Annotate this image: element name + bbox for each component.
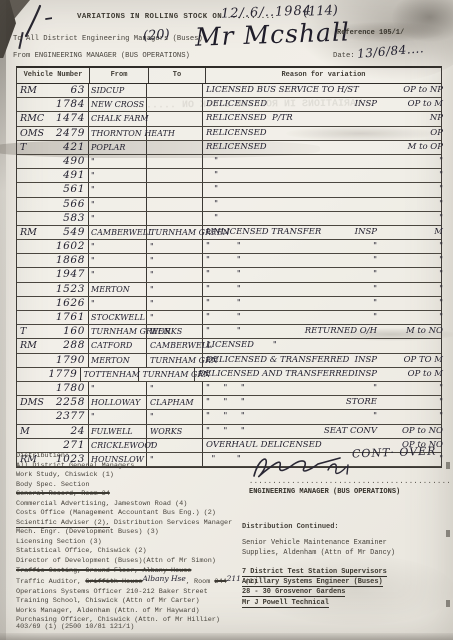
distribution-item-text: Distribution Services Manager xyxy=(110,519,232,527)
reason-note: STORE xyxy=(346,396,377,409)
status-change: " xyxy=(391,382,443,395)
to-cell: TURNHAM GRN xyxy=(139,368,195,381)
vehicle-number-cell: 1780 xyxy=(17,382,89,395)
edge-mark xyxy=(446,600,450,607)
distribution-item-text: Scientific Adviser (2), xyxy=(16,519,110,528)
distribution-item-text: Work Study, Chiswick (1) xyxy=(16,471,114,479)
table-row: 1868""" """ xyxy=(17,254,441,268)
distribution-item: Work Study, Chiswick (1) xyxy=(16,471,246,481)
edge-mark xyxy=(446,530,450,537)
from-cell: CRICKLEWOOD xyxy=(89,439,147,452)
from-cell: MERTON xyxy=(89,354,147,367)
distribution-item-text: Operations Systems Officer 210-212 Baker… xyxy=(16,588,208,596)
status-change: " xyxy=(391,283,443,296)
vehicle-number: 1784 xyxy=(56,98,85,111)
reason-cell: DELICENSEDINSPOP to M xyxy=(203,98,441,111)
distribution-item-text: Mech. Engr. (Development Buses) (3) xyxy=(16,528,159,536)
vehicle-number-cell: 583 xyxy=(17,212,89,225)
vehicle-number-cell: T160 xyxy=(17,325,89,338)
distribution-item: Senior Vehicle Maintenance Examiner xyxy=(242,538,395,548)
to-cell: WORKS xyxy=(147,425,203,438)
reason-cell: " "RETURNED O/HM to NO xyxy=(203,325,441,338)
status-change: M to OP xyxy=(391,141,443,154)
reason-text: UNLICENSED TRANSFER xyxy=(206,226,355,239)
from-cell: " xyxy=(89,410,147,423)
from-cell: " xyxy=(89,183,147,196)
vehicle-class: M xyxy=(20,425,30,438)
distribution-item: Statistical Office, Chiswick (2) xyxy=(16,547,246,557)
reference-number: Reference 105/1/ xyxy=(337,29,404,37)
table-row: 583" "" xyxy=(17,212,441,226)
reason-cell: UNLICENSED TRANSFERINSPM xyxy=(203,226,441,239)
reason-text: " " xyxy=(206,268,373,281)
to-cell xyxy=(147,127,203,140)
distribution-item-text: 244 xyxy=(214,578,226,586)
distribution-item: Supplies, Aldenham (Attn of Mr Dancy) xyxy=(242,548,395,558)
vehicle-number: 491 xyxy=(63,169,85,182)
distribution-item: Training School, Chiswick (Attn of Mr Ca… xyxy=(16,597,246,607)
to-cell: TURNHAM GREEN xyxy=(147,226,203,239)
reason-text: LICENSED BUS SERVICE TO H/ST xyxy=(206,84,377,97)
vehicle-class: RM xyxy=(20,339,37,352)
to-cell: TURNHAM GRN xyxy=(147,354,203,367)
distribution-item-underlined: Ancillary Systems Engineer (Buses) xyxy=(242,577,387,587)
distribution-item-text: Ancillary Systems Engineer (Buses) xyxy=(242,578,383,587)
reason-note: " xyxy=(373,268,377,281)
status-change: OP TO M xyxy=(391,354,443,367)
reason-text: RELICENSED xyxy=(206,127,377,140)
from-cell: TURNHAM GREEN xyxy=(89,325,147,338)
distribution-item: Distribution: xyxy=(16,452,246,462)
table-row: 561" "" xyxy=(17,183,441,197)
from-cell: " xyxy=(89,198,147,211)
reason-note: " xyxy=(373,283,377,296)
table-row: RM549CAMBERWELLTURNHAM GREENUNLICENSED T… xyxy=(17,226,441,240)
vehicle-number-cell: OMS2479 xyxy=(17,127,89,140)
reason-note: INSP xyxy=(355,226,377,239)
to-cell: WORKS xyxy=(147,325,203,338)
reason-text: " xyxy=(206,183,377,196)
distribution-item-text: Body Spec. Section xyxy=(16,481,89,489)
distribution-item-text: Works Manager, Aldenham (Attn. of Mr Hay… xyxy=(16,607,200,615)
table-header-row: Vehicle Number From To Reason for variat… xyxy=(17,68,441,84)
from-cell: HOLLOWAY xyxy=(89,396,147,409)
vehicle-class: OMS xyxy=(20,127,44,140)
vehicle-number-cell: 490 xyxy=(17,155,89,168)
vehicle-number-cell: 271 xyxy=(17,439,89,452)
to-cell xyxy=(147,84,203,97)
table-row: 1790MERTONTURNHAM GRNDELICENSED & TRANSF… xyxy=(17,354,441,368)
from-cell: " xyxy=(89,382,147,395)
table-row: T421POPLARRELICENSEDM to OP xyxy=(17,141,441,155)
reason-text: " xyxy=(206,212,377,225)
from-cell: TOTTENHAM xyxy=(81,368,139,381)
distribution-list-left: Distribution:All District General Manage… xyxy=(16,452,246,626)
reason-cell: RELICENSED P/TRNP xyxy=(203,112,441,125)
status-change: M to NO xyxy=(391,325,443,338)
table-row: 1761STOCKWELL"" """ xyxy=(17,311,441,325)
from-cell: CATFORD xyxy=(89,339,147,352)
reason-note: INSP xyxy=(355,98,377,111)
vehicle-number: 1868 xyxy=(56,254,85,267)
from-cell: CHALK FARM xyxy=(89,112,147,125)
distribution-item-underlined: Mr J Powell Technical xyxy=(242,598,387,608)
to-cell: " xyxy=(147,311,203,324)
distribution-item: Director of Development (Buses)(Attn of … xyxy=(16,557,246,567)
table-row: 490" "" xyxy=(17,155,441,169)
vehicle-class: RM xyxy=(20,84,37,97)
distribution-list-right: Senior Vehicle Maintenance Examiner Supp… xyxy=(242,538,395,558)
to-cell xyxy=(147,198,203,211)
table-row: 1523MERTON"" """ xyxy=(17,283,441,297)
reason-cell: " """ xyxy=(203,311,441,324)
from-cell: " xyxy=(89,254,147,267)
addressee-line: To All District Engineering Managers (Bu… xyxy=(13,35,203,43)
vehicle-number-cell: DMS2258 xyxy=(17,396,89,409)
status-change: OP to NO xyxy=(391,425,443,438)
table-row: 566" "" xyxy=(17,198,441,212)
from-cell: SIDCUP xyxy=(89,84,147,97)
to-cell xyxy=(147,98,203,111)
to-cell xyxy=(147,112,203,125)
reason-text: " " " xyxy=(206,396,346,409)
vehicle-number-cell: 2377 xyxy=(17,410,89,423)
status-change: NP xyxy=(391,112,443,125)
variations-table: Vehicle Number From To Reason for variat… xyxy=(16,66,442,468)
distribution-item-text: , Room xyxy=(186,578,215,586)
to-cell xyxy=(147,155,203,168)
status-change: " xyxy=(391,169,443,182)
status-change: OP to M xyxy=(391,368,443,381)
reason-cell: "" xyxy=(203,183,441,196)
vehicle-number-cell: RM549 xyxy=(17,226,89,239)
distribution-item-text: Licensing Section (3) xyxy=(16,538,102,546)
distribution-item-text: Griffith House xyxy=(85,578,142,586)
from-cell: CAMBERWELL xyxy=(89,226,147,239)
from-cell: FULWELL xyxy=(89,425,147,438)
table-row: 2377""" " """ xyxy=(17,410,441,424)
distribution-item: Works Manager, Aldenham (Attn. of Mr Hay… xyxy=(16,607,246,617)
table-row: M24FULWELLWORKS" " "SEAT CONVOP to NO xyxy=(17,425,441,439)
reason-text: " " xyxy=(206,297,373,310)
status-change: " xyxy=(391,254,443,267)
distribution-item: Licensing Section (3) xyxy=(16,538,246,548)
from-cell: " xyxy=(89,268,147,281)
distribution-item: General Record, Room 34 xyxy=(16,490,246,500)
date-label: Date: xyxy=(333,52,355,60)
distribution-item: All District General Managers xyxy=(16,462,246,472)
vehicle-number: 2258 xyxy=(56,396,85,409)
distribution-item-text: Training School, Chiswick (Attn of Mr Ca… xyxy=(16,597,200,605)
reason-cell: DELICENSED & TRANSFERREDINSPOP TO M xyxy=(203,354,441,367)
reason-cell: DELICENSED AND TRANSFERREDINSPOP to M xyxy=(195,368,441,381)
to-cell xyxy=(147,183,203,196)
to-cell xyxy=(147,212,203,225)
reason-cell: " """ xyxy=(203,240,441,253)
reason-cell: " """ xyxy=(203,268,441,281)
vehicle-number: 1947 xyxy=(56,268,85,281)
to-cell xyxy=(147,169,203,182)
reason-text: " " xyxy=(206,240,373,253)
distribution-continued-label: Distribution Continued: xyxy=(242,523,339,531)
reason-cell: " " "STORE" xyxy=(203,396,441,409)
from-cell: NEW CROSS xyxy=(89,98,147,111)
handwritten-annotation: 211 xyxy=(227,574,241,583)
vehicle-number-cell: 1626 xyxy=(17,297,89,310)
vehicle-class: RMC xyxy=(20,112,44,125)
vehicle-number-cell: 1868 xyxy=(17,254,89,267)
vehicle-number: 561 xyxy=(63,183,85,196)
distribution-item-underlined: 7 District Test Station Supervisors xyxy=(242,567,387,577)
vehicle-number-cell: 1523 xyxy=(17,283,89,296)
reason-text: " " xyxy=(206,254,373,267)
vehicle-number-cell: 1602 xyxy=(17,240,89,253)
to-cell: " xyxy=(147,382,203,395)
distribution-item-text: Mr J Powell Technical xyxy=(242,599,329,608)
vehicle-number: 583 xyxy=(63,212,85,225)
table-row: DMS2258HOLLOWAYCLAPHAM" " "STORE" xyxy=(17,396,441,410)
status-change: OP xyxy=(391,127,443,140)
from-cell: THORNTON HEATH xyxy=(89,127,147,140)
vehicle-number: 160 xyxy=(63,325,85,338)
distribution-item: Traffic Auditor, Griffith HouseAlbany Hs… xyxy=(16,576,246,588)
vehicle-class: T xyxy=(20,141,26,154)
reason-cell: " " """ xyxy=(203,382,441,395)
handwritten-annotation: Albany Hse xyxy=(142,574,185,583)
from-cell: " xyxy=(89,155,147,168)
distribution-item-text: Commercial Advertising, Jamestown Road (… xyxy=(16,500,187,508)
reason-text: " " xyxy=(206,283,373,296)
reason-note: " xyxy=(373,311,377,324)
reason-text: " " " xyxy=(206,425,324,438)
to-cell: CLAPHAM xyxy=(147,396,203,409)
handwritten-copy-count: (20) xyxy=(143,27,171,44)
reason-cell: RELICENSEDOP xyxy=(203,127,441,140)
scanned-document-page: { "page": { "title_typed": "VARIATIONS I… xyxy=(0,0,453,640)
vehicle-number: 566 xyxy=(63,198,85,211)
vehicle-number-cell: 1779 xyxy=(17,368,81,381)
vehicle-number: 490 xyxy=(63,155,85,168)
status-change: " xyxy=(391,240,443,253)
vehicle-number: 1602 xyxy=(56,240,85,253)
reason-cell: " " """ xyxy=(203,410,441,423)
reason-cell: LICENSED " xyxy=(203,339,441,352)
vehicle-number-cell: RMC1474 xyxy=(17,112,89,125)
reason-text: " " " xyxy=(206,410,373,423)
reason-text: DELICENSED xyxy=(206,98,355,111)
to-cell xyxy=(147,141,203,154)
status-change: " xyxy=(391,183,443,196)
vehicle-class: DMS xyxy=(20,396,44,409)
status-change: OP to NP xyxy=(391,84,443,97)
distribution-item-text: Traffic Auditor, xyxy=(16,578,85,586)
reason-note: RETURNED O/H xyxy=(305,325,377,338)
vehicle-number-cell: M24 xyxy=(17,425,89,438)
vehicle-number-cell: 566 xyxy=(17,198,89,211)
vehicle-number: 271 xyxy=(63,439,85,452)
column-header-reason: Reason for variation xyxy=(206,68,441,83)
table-row: RMC1474CHALK FARMRELICENSED P/TRNP xyxy=(17,112,441,126)
to-cell: " xyxy=(147,439,203,452)
distribution-item: Costs Office (Management Accountant Bus … xyxy=(16,509,246,519)
vehicle-number-cell: 561 xyxy=(17,183,89,196)
reason-cell: " """ xyxy=(203,283,441,296)
table-row: 491" "" xyxy=(17,169,441,183)
reason-cell: LICENSED BUS SERVICE TO H/STOP to NP xyxy=(203,84,441,97)
distribution-item-text: Distribution: xyxy=(16,452,69,460)
vehicle-number: 1523 xyxy=(56,283,85,296)
from-cell: POPLAR xyxy=(89,141,147,154)
scan-edge-left xyxy=(0,0,6,640)
to-cell: " xyxy=(147,254,203,267)
reason-text: RELICENSED P/TR xyxy=(206,112,377,125)
vehicle-number-cell: RM288 xyxy=(17,339,89,352)
distribution-item-text: 7 District Test Station Supervisors xyxy=(242,568,387,577)
status-change: " xyxy=(391,155,443,168)
reason-note: " xyxy=(373,382,377,395)
vehicle-class: T xyxy=(20,325,26,338)
reason-text: " xyxy=(206,198,377,211)
table-row: RM63SIDCUPLICENSED BUS SERVICE TO H/STOP… xyxy=(17,84,441,98)
reason-note: " xyxy=(373,410,377,423)
from-cell: " xyxy=(89,212,147,225)
to-cell: " xyxy=(147,297,203,310)
vehicle-number: 1779 xyxy=(48,368,77,381)
reason-text: " xyxy=(206,169,377,182)
status-change: " xyxy=(391,396,443,409)
vehicle-number: 288 xyxy=(63,339,85,352)
handwritten-name: Mr Mcshall xyxy=(195,17,351,51)
form-print-code: 403/69 (1) (2500 10/81 121/1) xyxy=(16,623,134,631)
to-cell: " xyxy=(147,240,203,253)
table-row: 1784NEW CROSSDELICENSEDINSPOP to M xyxy=(17,98,441,112)
reason-note: INSP xyxy=(355,354,377,367)
table-row: 1779TOTTENHAMTURNHAM GRNDELICENSED AND T… xyxy=(17,368,441,382)
vehicle-number-cell: 1784 xyxy=(17,98,89,111)
reason-text: " " xyxy=(206,325,305,338)
reason-note: INSP xyxy=(355,368,377,381)
vehicle-number-cell: 491 xyxy=(17,169,89,182)
vehicle-class: RM xyxy=(20,226,37,239)
status-change: " xyxy=(391,311,443,324)
vehicle-number-cell: 1790 xyxy=(17,354,89,367)
vehicle-number: 1474 xyxy=(56,112,85,125)
vehicle-number: 549 xyxy=(63,226,85,239)
distribution-list-right-underlined: 7 District Test Station Supervisors Anci… xyxy=(242,567,387,608)
distribution-item-text: 28 - 30 Grosvenor Gardens xyxy=(242,588,345,597)
status-change xyxy=(391,339,443,352)
distribution-item: Mech. Engr. (Development Buses) (3) xyxy=(16,528,246,538)
status-change: " xyxy=(391,212,443,225)
reason-note: " xyxy=(373,240,377,253)
column-header-to: To xyxy=(149,68,206,83)
vehicle-number-cell: 1947 xyxy=(17,268,89,281)
from-cell: MERTON xyxy=(89,283,147,296)
table-row: OMS2479THORNTON HEATHRELICENSEDOP xyxy=(17,127,441,141)
table-row: RM288CATFORDCAMBERWELLLICENSED " xyxy=(17,339,441,353)
reason-cell: "" xyxy=(203,155,441,168)
vehicle-number-cell: RM63 xyxy=(17,84,89,97)
edge-mark xyxy=(446,462,450,469)
status-change: " xyxy=(391,198,443,211)
distribution-item-underlined: 28 - 30 Grosvenor Gardens xyxy=(242,587,387,597)
to-cell: CAMBERWELL xyxy=(147,339,203,352)
from-cell: " xyxy=(89,240,147,253)
table-row: 1602""" """ xyxy=(17,240,441,254)
reason-text: " " " xyxy=(206,382,373,395)
sender-line: From ENGINEERING MANAGER (BUS OPERATIONS… xyxy=(13,52,190,60)
distribution-item-text: Director of Development (Buses)(Attn of … xyxy=(16,557,216,565)
reason-cell: " """ xyxy=(203,297,441,310)
vehicle-number: 63 xyxy=(70,84,85,97)
reason-cell: "" xyxy=(203,198,441,211)
vehicle-number: 1626 xyxy=(56,297,85,310)
distribution-item-text: Costs Office (Management Accountant Bus … xyxy=(16,509,216,517)
reason-text: LICENSED " xyxy=(206,339,377,352)
reason-cell: " """ xyxy=(203,254,441,267)
table-row: 1947""" """ xyxy=(17,268,441,282)
reason-text: RELICENSED xyxy=(206,141,377,154)
reason-cell: RELICENSEDM to OP xyxy=(203,141,441,154)
reason-text: DELICENSED AND TRANSFERRED xyxy=(198,368,354,381)
reason-note: SEAT CONV xyxy=(324,425,377,438)
signatory-role: ENGINEERING MANAGER (BUS OPERATIONS) xyxy=(249,488,400,496)
vehicle-number: 2479 xyxy=(56,127,85,140)
reason-text: " xyxy=(206,155,377,168)
vehicle-number: 1790 xyxy=(56,354,85,367)
reason-cell: "" xyxy=(203,212,441,225)
column-header-vehicle-number: Vehicle Number xyxy=(17,68,90,83)
vehicle-number: 24 xyxy=(70,425,85,438)
table-body: RM63SIDCUPLICENSED BUS SERVICE TO H/STOP… xyxy=(17,84,441,467)
vehicle-number: 1761 xyxy=(56,311,85,324)
reason-text: DELICENSED & TRANSFERRED xyxy=(206,354,355,367)
status-change: " xyxy=(391,268,443,281)
reason-cell: "" xyxy=(203,169,441,182)
distribution-item: Scientific Adviser (2), Distribution Ser… xyxy=(16,519,246,529)
signature-line-dots: ........................................… xyxy=(249,478,451,486)
status-change: " xyxy=(391,297,443,310)
distribution-item: Body Spec. Section xyxy=(16,481,246,491)
reason-note: " xyxy=(373,297,377,310)
distribution-item-text: General Record, Room 34 xyxy=(16,490,110,498)
distribution-item-text: Statistical Office, Chiswick (2) xyxy=(16,547,147,555)
status-change: M xyxy=(391,226,443,239)
to-cell: " xyxy=(147,268,203,281)
vehicle-number: 2377 xyxy=(56,410,85,423)
handwritten-date: 13/6/84.... xyxy=(357,41,425,61)
column-header-from: From xyxy=(90,68,149,83)
from-cell: " xyxy=(89,169,147,182)
table-row: 1780""" " """ xyxy=(17,382,441,396)
scan-edge-bottom xyxy=(0,633,453,640)
vehicle-number-cell: T421 xyxy=(17,141,89,154)
reason-text: " " xyxy=(206,311,373,324)
distribution-item: Traffic Costing, Ground Floor, Albany Ho… xyxy=(16,567,246,577)
vehicle-number: 1780 xyxy=(56,382,85,395)
status-change: " xyxy=(391,410,443,423)
to-cell: " xyxy=(147,283,203,296)
to-cell: " xyxy=(147,410,203,423)
table-row: 1626""" """ xyxy=(17,297,441,311)
vehicle-number: 421 xyxy=(63,141,85,154)
reason-cell: " " "SEAT CONVOP to NO xyxy=(203,425,441,438)
distribution-item: Operations Systems Officer 210-212 Baker… xyxy=(16,588,246,598)
table-row: T160TURNHAM GREENWORKS" "RETURNED O/HM t… xyxy=(17,325,441,339)
from-cell: " xyxy=(89,297,147,310)
reason-note: " xyxy=(373,254,377,267)
vehicle-number-cell: 1761 xyxy=(17,311,89,324)
